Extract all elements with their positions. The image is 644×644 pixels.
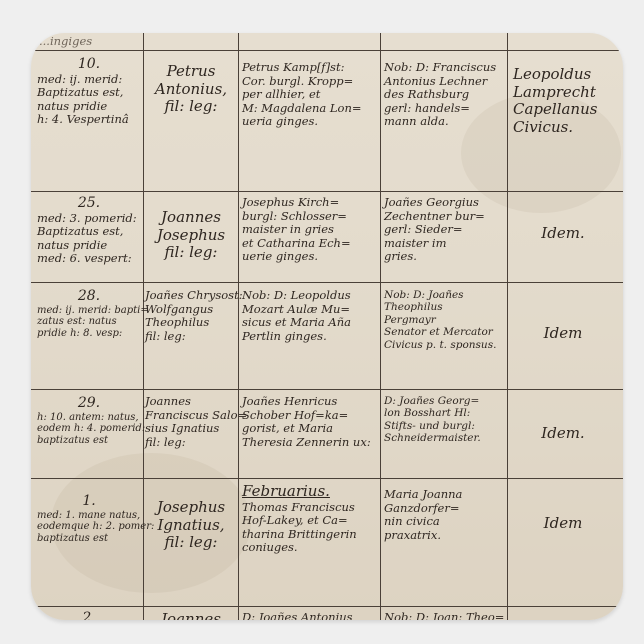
entry-godparent: Nob: D: Joañes Theophilus Pergmayr Senat… xyxy=(384,289,506,351)
entry-child: Josephus Ignatius, fil: leg: xyxy=(145,499,237,552)
row-divider xyxy=(31,50,623,51)
register-page: ...ingiges 10. med: ij. merid: Baptizatu… xyxy=(31,33,623,620)
top-fragment: ...ingiges xyxy=(39,35,92,49)
entry-officiant: Leopoldus Lamprecht Capellanus Civicus. xyxy=(513,66,613,137)
entry-officiant: Idem. xyxy=(513,225,613,243)
row-divider xyxy=(31,389,623,390)
entry-godparent: Maria Joanna Ganzdorfer= nin civica prax… xyxy=(384,488,506,542)
entry-parents: Joañes Henricus Schober Hof=ka= gorist, … xyxy=(242,395,378,449)
row-divider xyxy=(31,282,623,283)
entry-child: Joannes Franciscus Salo= sius Ignatius f… xyxy=(145,395,237,449)
entry-date-time: 29. h: 10. antem: natus, eodem h: 4. pom… xyxy=(37,395,141,447)
entry-child: Joannes Josephus fil: leg: xyxy=(145,209,237,262)
entry-parents: Petrus Kamp[f]st: Cor. burgl. Kropp= per… xyxy=(242,61,378,129)
entry-child: Joañes Chrysost: Wolfgangus Theophilus f… xyxy=(145,289,237,343)
column-divider xyxy=(238,33,239,620)
row-divider xyxy=(31,191,623,192)
column-divider xyxy=(380,33,381,620)
entry-date-time: 28. med: ij. merid: bapti= zatus est: na… xyxy=(37,288,141,340)
entry-parents: D: Joañes Antonius Pastmaier Bathaus... xyxy=(242,611,378,620)
entry-date-time: 25. med: 3. pomerid: Baptizatus est, nat… xyxy=(37,195,141,266)
entry-child: Joannes Theophilus xyxy=(145,611,237,620)
entry-officiant: Idem. xyxy=(513,425,613,443)
entry-date-time: 2. h: ij. merid: bapti... xyxy=(37,610,141,620)
entry-date-time: 1. med: 1. mane natus, eodemque h: 2. po… xyxy=(37,493,141,545)
month-heading: Februarius. xyxy=(242,483,378,501)
entry-date-time: 10. med: ij. merid: Baptizatus est, natu… xyxy=(37,56,141,127)
column-divider xyxy=(507,33,508,620)
entry-child: Petrus Antonius, fil: leg: xyxy=(145,63,237,116)
entry-godparent: Joañes Georgius Zechentner bur= gerl: Si… xyxy=(384,196,506,264)
row-divider xyxy=(31,606,623,607)
entry-officiant: Idem xyxy=(513,618,613,620)
entry-godparent: Nob: D: Joan: Theo= philus Pergmayer xyxy=(384,611,506,620)
entry-godparent: D: Joañes Georg= lon Bosshart Hl: Stifts… xyxy=(384,395,506,445)
row-divider xyxy=(31,478,623,479)
entry-officiant: Idem xyxy=(513,325,613,343)
entry-parents: Nob: D: Leopoldus Mozart Aulæ Mu= sicus … xyxy=(242,289,378,343)
entry-officiant: Idem xyxy=(513,515,613,533)
entry-godparent: Nob: D: Franciscus Antonius Lechner des … xyxy=(384,61,506,129)
entry-parents: Josephus Kirch= burgl: Schlosser= maiste… xyxy=(242,196,378,264)
entry-parents: Februarius. Thomas Franciscus Hof-Lakey,… xyxy=(242,483,378,555)
